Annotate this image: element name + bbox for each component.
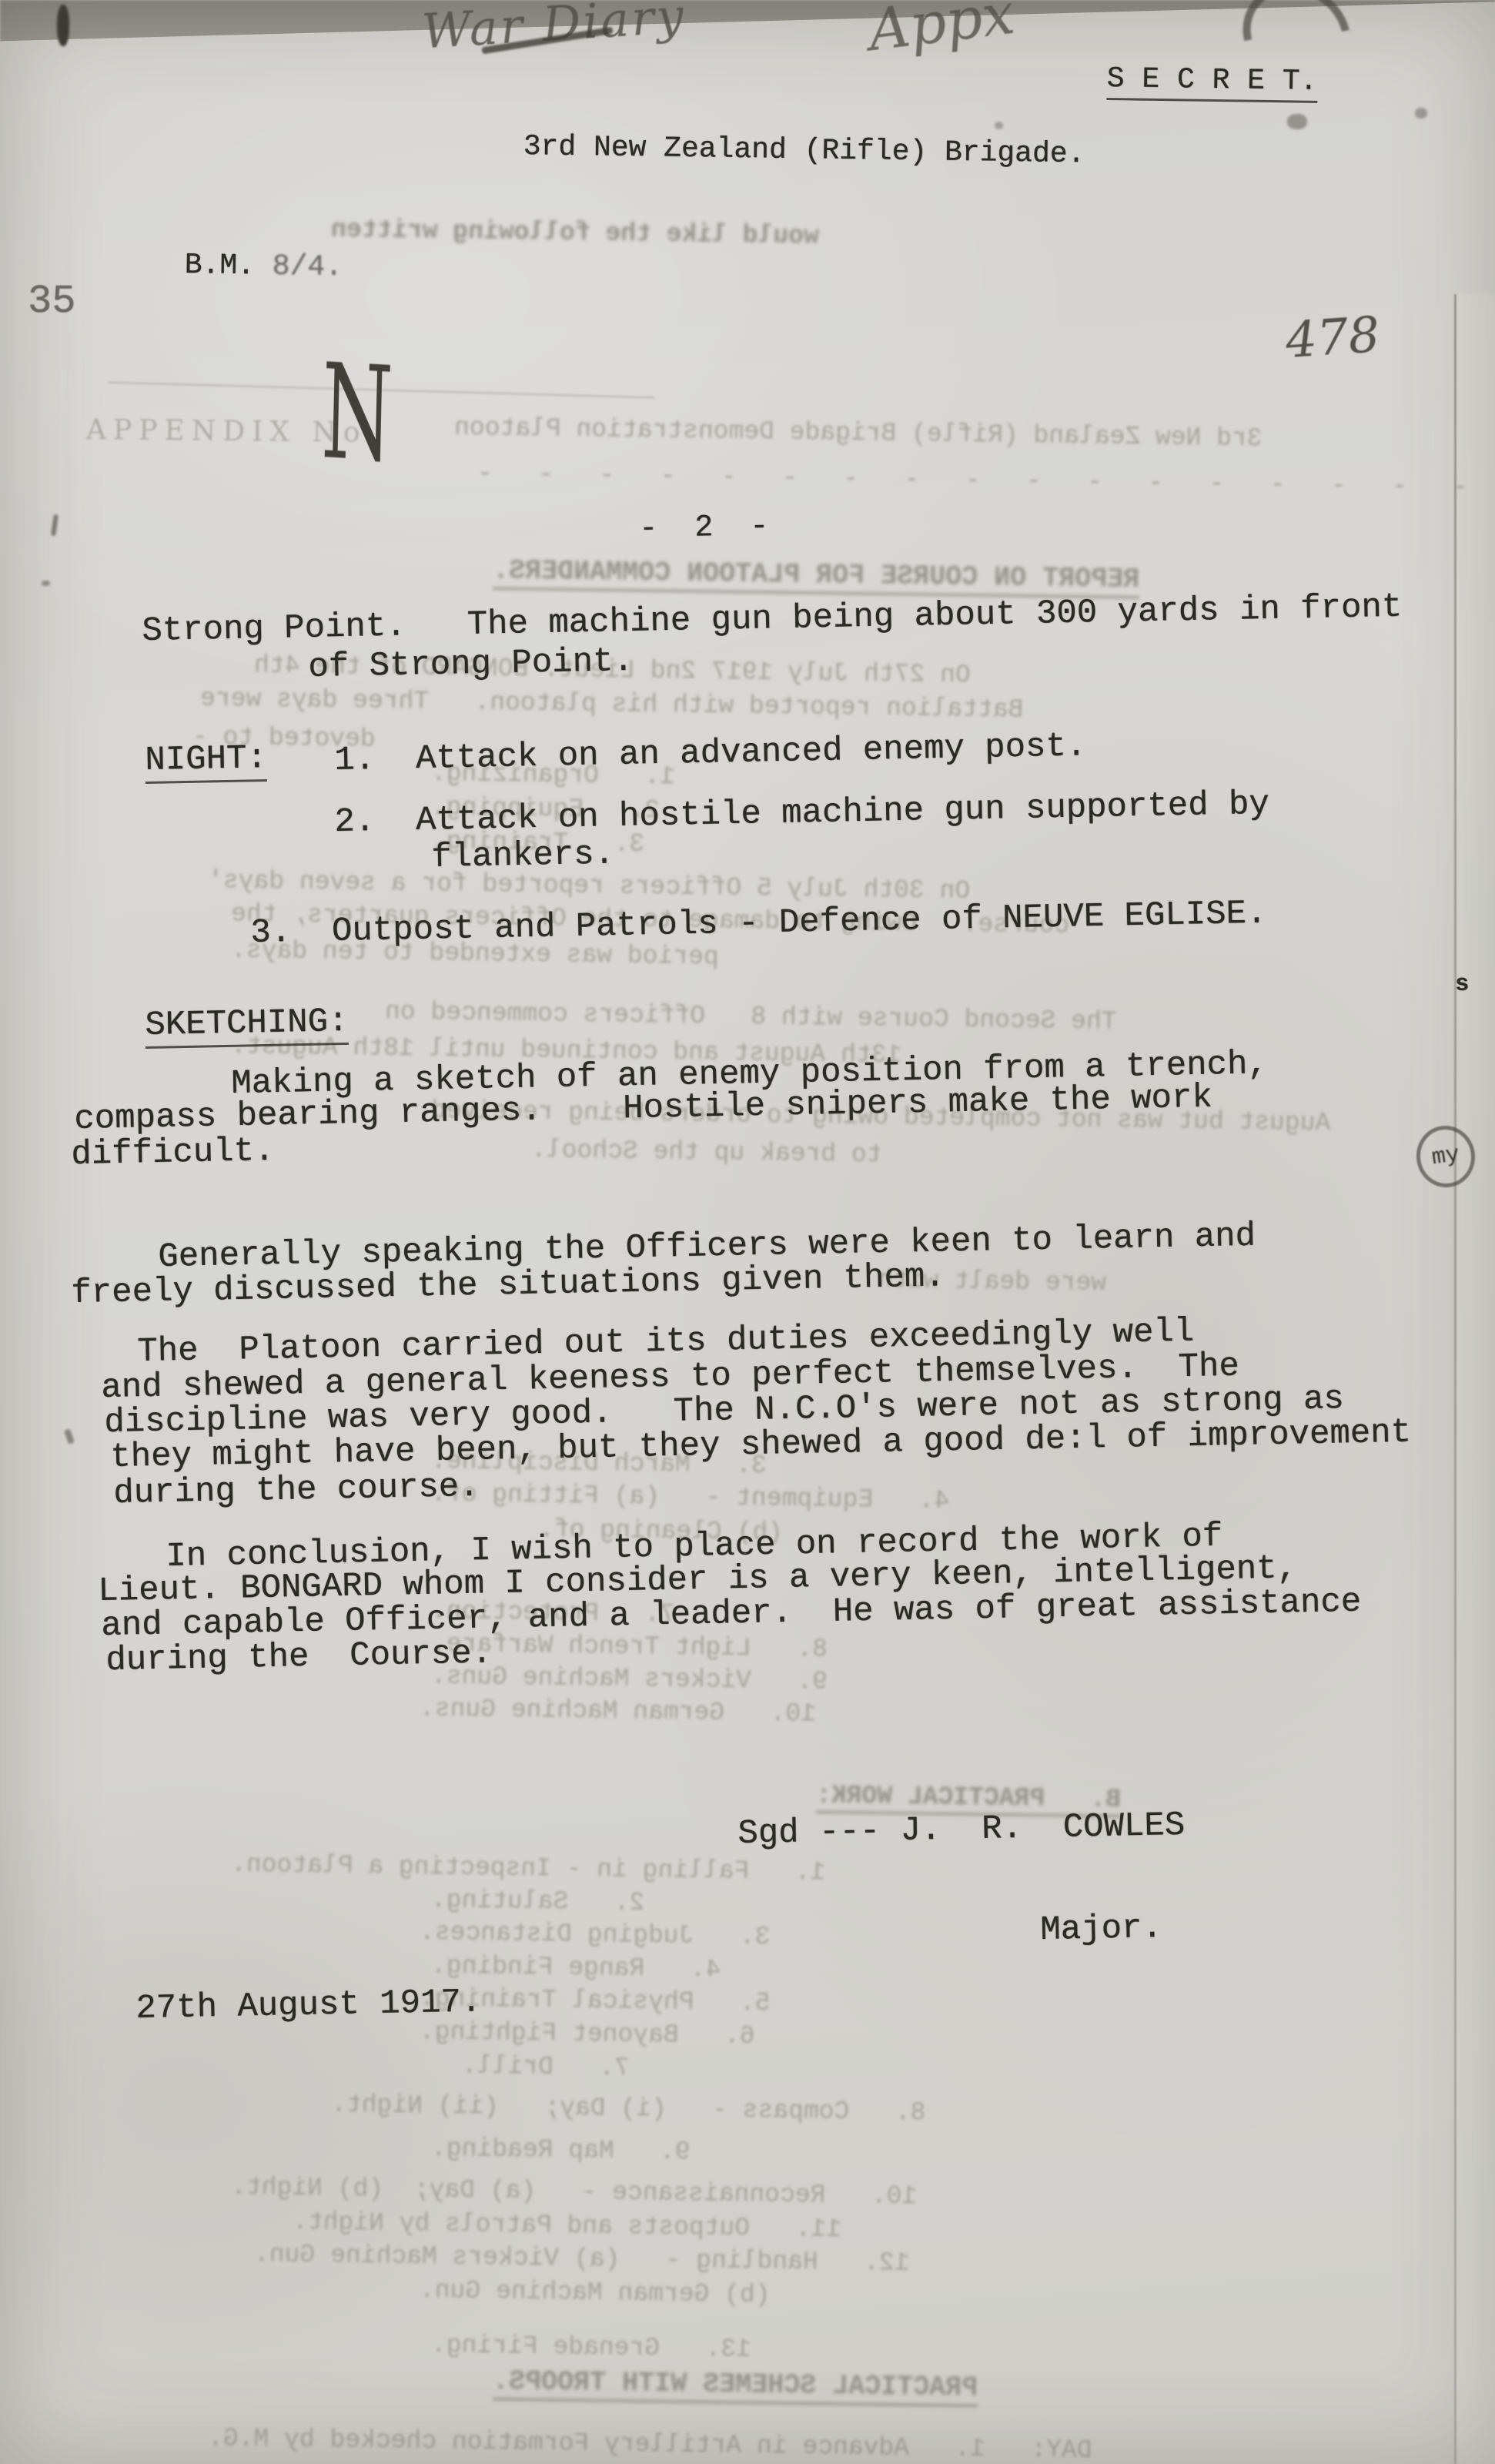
bleed-line: to break up the School. <box>531 1137 882 1167</box>
ink-smudge <box>995 122 1003 129</box>
appendix-letter: N <box>320 336 394 492</box>
bleed-line: 4. Equipment - (a) Fitting of. <box>431 1481 950 1513</box>
classification-marking: S E C R E T. <box>1106 65 1317 103</box>
reference-prefix: B.M. <box>184 249 273 283</box>
bleed-heading: REPORT ON COURSE FOR PLATOON COMMANDERS. <box>493 557 1140 599</box>
ink-smudge <box>1415 108 1427 119</box>
bleed-line: - - - - - - - - - - - - - - - - - - <box>477 460 1495 500</box>
folio-number: 35 <box>28 282 75 322</box>
bleed-line: 12. Handling - (a) Vickers Machine Gun. <box>254 2241 910 2276</box>
sketching-heading: SKETCHING: <box>145 1005 349 1049</box>
bleed-line: 11. Outposts and Patrols by Night. <box>293 2209 841 2242</box>
margin-speck <box>42 581 50 586</box>
bleed-line: 3rd New Zealand (Rifle) Brigade Demonstr… <box>454 415 1263 452</box>
bleed-line: Battalion reported with his platoon. Thr… <box>200 686 1024 723</box>
bleed-line: The Second Course with 8 Officers commen… <box>385 999 1117 1034</box>
handwritten-appendix-note: Appx <box>865 0 1018 64</box>
margin-mark-text: my <box>1430 1142 1461 1172</box>
bleed-line: 1. Falling in - Inspecting a Platoon. <box>231 1852 826 1886</box>
edge-ink-mark: s <box>1455 973 1470 996</box>
bleed-line: 4. Range Finding. <box>431 1953 721 1982</box>
document-date: 27th August 1917. <box>135 1985 482 2026</box>
bleed-line: 13. Grenade Firing. <box>431 2332 751 2362</box>
handwritten-war-diary-note: War Diary <box>420 0 687 59</box>
night-heading: NIGHT: <box>145 742 267 784</box>
body-line: during the Course. <box>105 1636 492 1678</box>
bleed-line: 6. Bayonet Fighting. <box>420 2019 755 2049</box>
bleed-line: 10. Reconnaissance - (a) Day; (b) Night. <box>231 2174 918 2209</box>
signature-line: Sgd --- J. R. COWLES <box>737 1809 1186 1851</box>
bleed-line: 3. Judging Distances. <box>420 1920 771 1950</box>
scanned-document-page: { "header": { "handwritten_note": "War D… <box>0 0 1495 2464</box>
archive-page-number: 478 <box>1284 306 1382 370</box>
bleed-line: DAY: 1. Advance in Artillery Formation c… <box>208 2425 1092 2463</box>
bleed-line: would like the following written <box>331 217 819 249</box>
reference-number: B.M. 8/4. <box>184 251 343 283</box>
page-number: - 2 - <box>639 512 769 545</box>
ink-smudge <box>1287 114 1307 129</box>
body-line: of Strong Point. <box>308 644 634 685</box>
margin-speck <box>64 1428 75 1445</box>
bleed-line: 8. Compass - (i) Day; (ii) Night. <box>331 2092 926 2126</box>
body-line: difficult. <box>71 1134 275 1172</box>
bleed-line: 7. Drill. <box>462 2053 630 2081</box>
bleed-line: 9. Map Reading. <box>431 2136 691 2165</box>
document-title: 3rd New Zealand (Rifle) Brigade. <box>523 132 1085 169</box>
bleed-line: (b) German Machine Gun. <box>420 2278 771 2308</box>
bleed-heading: PRACTICAL SCHEMES WITH TROOPS. <box>493 2369 978 2408</box>
signature-rank: Major. <box>1040 1911 1162 1947</box>
body-line: Strong Point. The machine gun being abou… <box>142 591 1403 648</box>
bleed-line: 2. Saluting. <box>431 1887 645 1916</box>
body-line: during the course. <box>113 1470 480 1511</box>
page-edge-highlight <box>1457 294 1495 2464</box>
night-item-2-cont: flankers. <box>431 837 614 875</box>
night-item-1: 1. Attack on an advanced enemy post. <box>334 729 1087 778</box>
scan-corner-mark <box>57 5 69 46</box>
reference-suffix: 8/4. <box>272 250 343 284</box>
bleed-line: 10. German Machine Guns. <box>420 1696 816 1726</box>
margin-speck <box>51 514 59 537</box>
